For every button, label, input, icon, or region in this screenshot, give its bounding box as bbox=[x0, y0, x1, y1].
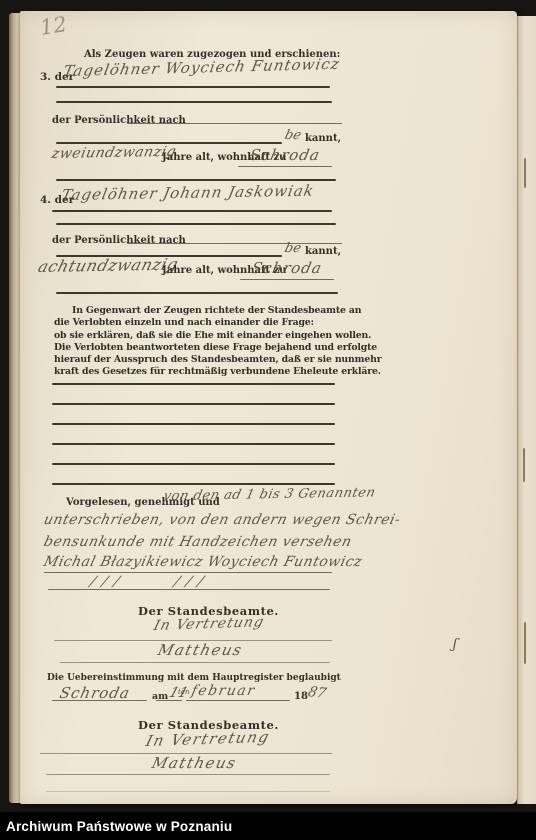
ruled-line bbox=[52, 463, 335, 465]
closing-handwriting-3: bensunkunde mit Handzeichen versehen bbox=[42, 534, 353, 550]
declaration-line: kraft des Gesetzes für rechtmäßig verbun… bbox=[54, 366, 352, 378]
ruled-line bbox=[52, 443, 335, 445]
declaration-line: Die Verlobten beantworteten diese Frage … bbox=[54, 342, 352, 354]
witness3-identity-label: der Persönlichkeit nach bbox=[52, 115, 186, 126]
ruled-line bbox=[127, 243, 342, 244]
handmark-crosses-2: /// bbox=[172, 574, 212, 590]
ruled-line bbox=[52, 700, 147, 701]
ruled-line bbox=[127, 123, 342, 124]
ruled-line bbox=[186, 700, 290, 701]
declaration-line: die Verlobten einzeln und nach einander … bbox=[54, 317, 352, 329]
ruled-line bbox=[56, 292, 338, 294]
pencil-page-number: 12 bbox=[38, 12, 68, 40]
handmark-crosses-1: /// bbox=[88, 574, 128, 590]
ruled-line bbox=[56, 223, 336, 225]
declaration-paragraph: In Gegenwart der Zeugen richtete der Sta… bbox=[54, 305, 352, 379]
witness4-known-print: kannt, bbox=[305, 246, 341, 257]
witness4-age-handwriting: achtundzwanzig bbox=[36, 255, 181, 276]
ruled-line bbox=[48, 589, 330, 590]
binding-thread bbox=[524, 622, 526, 664]
archive-name-label: Archiwum Państwowe w Poznaniu bbox=[6, 819, 232, 834]
registrar2-signature: Mattheus bbox=[150, 754, 239, 772]
declaration-line: In Gegenwart der Zeugen richtete der Sta… bbox=[54, 305, 352, 317]
certification-month-handwriting: februar bbox=[190, 683, 257, 699]
ruled-line bbox=[238, 166, 332, 167]
next-page-edge bbox=[517, 16, 536, 804]
ruled-line bbox=[56, 101, 332, 103]
ruled-line bbox=[46, 791, 330, 792]
binding-thread bbox=[524, 158, 526, 188]
ruled-line bbox=[44, 572, 332, 573]
witness4-residence-handwriting: Schroda bbox=[250, 259, 324, 277]
ruled-line bbox=[52, 423, 335, 425]
certification-day-suffix: ten bbox=[178, 688, 189, 696]
witness4-identity-label: der Persönlichkeit nach bbox=[52, 235, 186, 246]
ruled-line bbox=[56, 86, 330, 88]
binding-thread bbox=[523, 448, 525, 482]
declaration-line: ob sie erklären, daß sie die Ehe mit ein… bbox=[54, 330, 352, 342]
ruled-line bbox=[60, 662, 330, 663]
declaration-line: hierauf der Ausspruch des Standesbeamten… bbox=[54, 354, 352, 366]
ruled-line bbox=[52, 210, 332, 212]
ruled-line bbox=[46, 774, 330, 775]
witness3-residence-handwriting: Schroda bbox=[248, 146, 322, 164]
witness3-age-handwriting: zweiundzwanzig bbox=[50, 144, 178, 162]
ruled-line bbox=[240, 279, 334, 280]
scanned-registry-page: 12 Als Zeugen waren zugezogen und erschi… bbox=[0, 0, 536, 840]
ruled-line bbox=[52, 403, 335, 405]
registrar1-signature: Mattheus bbox=[156, 641, 245, 659]
certification-printed: Die Uebereinstimmung mit dem Hauptregist… bbox=[47, 673, 341, 683]
archive-footer-bar: Archiwum Państwowe w Poznaniu bbox=[0, 812, 536, 840]
ruled-line bbox=[52, 383, 335, 385]
closing-handwriting-2: unterschrieben, von den andern wegen Sch… bbox=[42, 512, 402, 528]
closing-handwriting-4: Michal Błazyikiewicz Woyciech Funtowicz bbox=[42, 554, 364, 570]
ruled-line bbox=[56, 179, 336, 181]
ruled-line bbox=[156, 700, 182, 701]
witness3-known-print: kannt, bbox=[305, 133, 341, 144]
ruled-line bbox=[52, 483, 335, 485]
